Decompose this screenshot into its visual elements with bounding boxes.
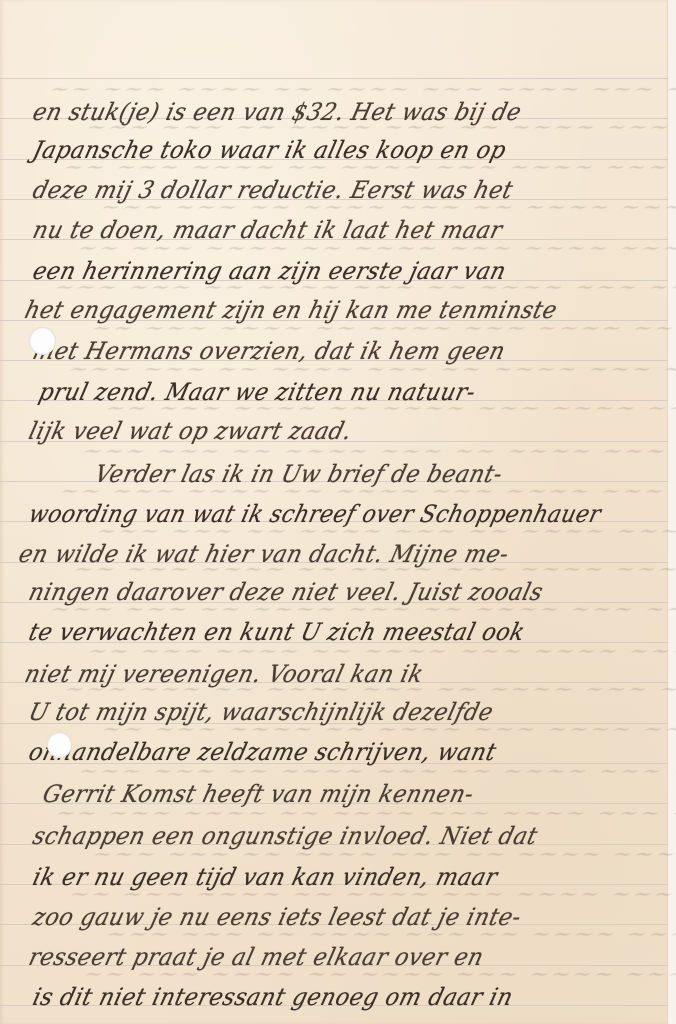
handwritten-text: deze mij 3 dollar reductie. Eerst was he… <box>30 176 516 204</box>
handwritten-line: ~~~ ~~~ ~~ ~~~~ ~~~ ~~ ~~~~ ~~~ ~~~nu te… <box>0 212 668 252</box>
handwritten-line: ~~ ~~~ ~~~~ ~~ ~~~~ ~~~ ~~~~ ~~~ ~~~~sch… <box>0 818 668 858</box>
handwritten-line: ~~ ~~~ ~~~~ ~~ ~~~~ ~~~ ~~~~ ~~~ ~~~~met… <box>0 333 668 373</box>
punch-hole <box>47 732 72 758</box>
handwritten-line: ~~ ~~~ ~~~~ ~~ ~~~~ ~~~ ~~~~ ~~~ ~~~~een… <box>0 253 668 293</box>
handwritten-text: schappen een ongunstige invloed. Niet da… <box>30 822 541 850</box>
handwritten-text: ningen daarover deze niet veel. Juist zo… <box>26 578 546 606</box>
handwritten-line: ~~~ ~~~ ~~ ~~~~ ~~~ ~~ ~~~~ ~~~ ~~~prul … <box>0 374 668 414</box>
handwritten-text: met Hermans overzien, dat ik hem geen <box>30 337 508 365</box>
handwritten-line: ~~ ~~~ ~~~~ ~~ ~~~~ ~~~ ~~~~ ~~~ ~~~~dez… <box>0 172 668 212</box>
handwritten-text: en wilde ik wat hier van dacht. Mijne me… <box>16 540 512 568</box>
handwritten-line: ~~ ~~~ ~~~~ ~~ ~~~~ ~~~ ~~~~ ~~~ ~~~~en … <box>0 94 668 134</box>
handwritten-line: ~~ ~~~ ~~~~ ~~ ~~~~ ~~~ ~~~~ ~~~ ~~~~is … <box>0 979 668 1019</box>
handwritten-text: te verwachten en kunt U zich meestal ook <box>26 618 528 646</box>
handwritten-text: en stuk(je) is een van $32. Het was bij … <box>30 98 525 126</box>
handwritten-line: ~~~ ~~~ ~~ ~~~~ ~~~ ~~ ~~~~ ~~~ ~~~Verde… <box>0 456 668 496</box>
handwritten-line: ~~~ ~~~ ~~ ~~~~ ~~~ ~~ ~~~~ ~~~ ~~~en wi… <box>0 536 668 576</box>
punch-hole <box>29 327 56 355</box>
handwritten-text: het engagement zijn en hij kan me tenmin… <box>22 296 560 324</box>
handwritten-text: Verder las ik in Uw brief de beant- <box>92 460 506 488</box>
letter-page: ~~ ~~~ ~~~~ ~~ ~~~~ ~~~ ~~~~ ~~~ ~~~~en … <box>0 0 668 1024</box>
handwritten-text: Gerrit Komst heeft van mijn kennen- <box>40 780 477 808</box>
handwritten-line: ~~~ ~~~ ~~ ~~~~ ~~~ ~~ ~~~~ ~~~ ~~~resse… <box>0 939 668 979</box>
handwritten-line: ~~~ ~~~ ~~ ~~~~ ~~~ ~~ ~~~~ ~~~ ~~~U tot… <box>0 694 668 734</box>
handwritten-text: onhandelbare zeldzame schrijven, want <box>26 738 499 766</box>
handwritten-line: ~~ ~~~ ~~~~ ~~ ~~~~ ~~~ ~~~~ ~~~ ~~~~nie… <box>0 656 668 696</box>
handwritten-line: ~~ ~~~ ~~~~ ~~ ~~~~ ~~~ ~~~~ ~~~ ~~~~woo… <box>0 496 668 536</box>
handwritten-line: ~~~ ~~~ ~~ ~~~~ ~~~ ~~ ~~~~ ~~~ ~~~Japan… <box>0 132 668 172</box>
handwritten-text: nu te doen, maar dacht ik laat het maar <box>30 216 505 244</box>
handwritten-text: woording van wat ik schreef over Schoppe… <box>26 500 604 528</box>
handwritten-line: ~~~ ~~~ ~~ ~~~~ ~~~ ~~ ~~~~ ~~~ ~~~Gerri… <box>0 776 668 816</box>
handwritten-line: ~~~ ~~~ ~~ ~~~~ ~~~ ~~ ~~~~ ~~~ ~~~te ve… <box>0 614 668 654</box>
handwritten-text: U tot mijn spijt, waarschijnlijk dezelfd… <box>26 698 496 726</box>
ruled-line <box>0 78 668 79</box>
handwritten-line: ~~ ~~~ ~~~~ ~~ ~~~~ ~~~ ~~~~ ~~~ ~~~~nin… <box>0 574 668 614</box>
handwritten-text: een herinnering aan zijn eerste jaar van <box>30 257 509 285</box>
handwritten-text: lijk veel wat op zwart zaad. <box>26 417 355 445</box>
handwritten-text: prul zend. Maar we zitten nu natuur- <box>36 378 479 406</box>
handwritten-text: resseert praat je al met elkaar over en <box>26 943 487 971</box>
handwritten-line: ~~ ~~~ ~~~~ ~~ ~~~~ ~~~ ~~~~ ~~~ ~~~~onh… <box>0 734 668 774</box>
handwritten-text: ik er nu geen tijd van kan vinden, maar <box>30 863 501 891</box>
handwritten-text: Japansche toko waar ik alles koop en op <box>30 136 509 164</box>
handwritten-text: is dit niet interessant genoeg om daar i… <box>30 983 516 1011</box>
handwritten-line: ~~~ ~~~ ~~ ~~~~ ~~~ ~~ ~~~~ ~~~ ~~~ik er… <box>0 859 668 899</box>
handwritten-text: niet mij vereenigen. Vooral kan ik <box>22 660 426 688</box>
handwritten-line: ~~~ ~~~ ~~ ~~~~ ~~~ ~~ ~~~~ ~~~ ~~~het e… <box>0 292 668 332</box>
handwritten-line: ~~ ~~~ ~~~~ ~~ ~~~~ ~~~ ~~~~ ~~~ ~~~~zoo… <box>0 899 668 939</box>
handwritten-text: zoo gauw je nu eens iets leest dat je in… <box>30 903 524 931</box>
handwritten-line: ~~ ~~~ ~~~~ ~~ ~~~~ ~~~ ~~~~ ~~~ ~~~~lij… <box>0 413 668 453</box>
